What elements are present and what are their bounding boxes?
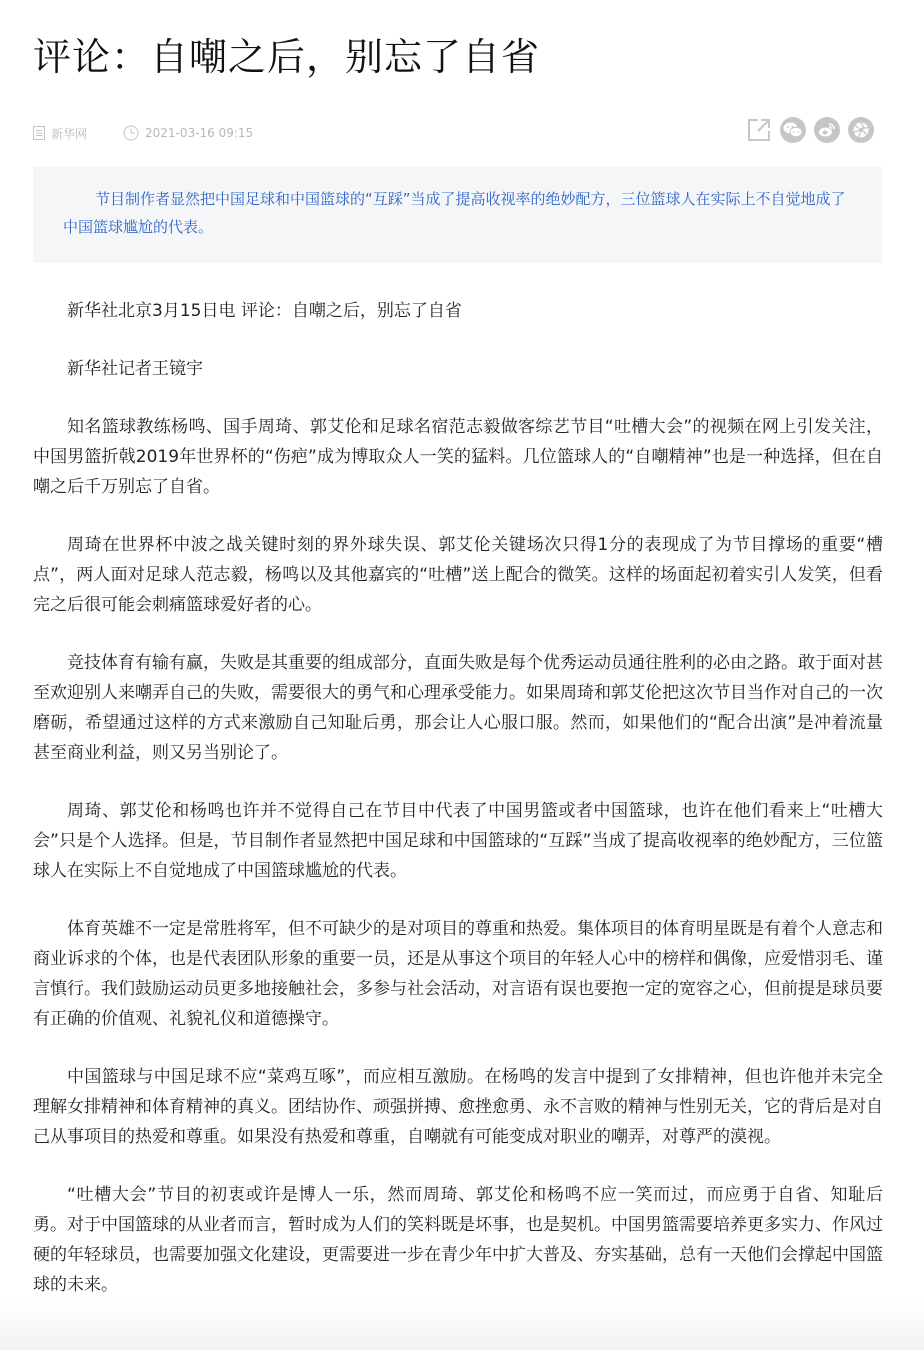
- article-title: 评论：自嘲之后，别忘了自省: [33, 30, 540, 84]
- article-meta: 新华网 2021-03-16 09:15: [33, 120, 289, 146]
- paragraph-dateline: 新华社北京3月15日电 评论：自嘲之后，别忘了自省: [33, 296, 883, 326]
- share-toolbar: [746, 116, 882, 144]
- paragraph: 体育英雄不一定是常胜将军，但不可缺少的是对项目的尊重和热爱。集体项目的体育明星既…: [33, 914, 883, 1034]
- clock-icon: [123, 125, 139, 141]
- moments-aperture-icon: [852, 121, 870, 139]
- article-body: 新华社北京3月15日电 评论：自嘲之后，别忘了自省 新华社记者王镜宇 知名篮球教…: [33, 296, 883, 1328]
- document-icon: [33, 126, 45, 140]
- article-page: 评论：自嘲之后，别忘了自省 新华网 2021-03-16 09:15: [0, 0, 924, 1350]
- share-external-button[interactable]: [746, 117, 772, 143]
- share-weibo-button[interactable]: [814, 117, 840, 143]
- source-name: 新华网: [51, 125, 87, 142]
- weibo-icon: [818, 122, 836, 138]
- source-info: 新华网: [33, 125, 87, 142]
- publish-datetime: 2021-03-16 09:15: [145, 126, 253, 140]
- paragraph: 竞技体育有输有赢，失败是其重要的组成部分，直面失败是每个优秀运动员通往胜利的必由…: [33, 648, 883, 768]
- wechat-icon: [783, 122, 803, 138]
- paragraph: 周琦在世界杯中波之战关键时刻的界外球失误、郭艾伦关键场次只得1分的表现成了为节目…: [33, 530, 883, 620]
- article-summary: 节目制作者显然把中国足球和中国篮球的“互踩”当成了提高收视率的绝妙配方，三位篮球…: [33, 167, 882, 263]
- paragraph-byline: 新华社记者王镜宇: [33, 354, 883, 384]
- share-wechat-button[interactable]: [780, 117, 806, 143]
- paragraph: 周琦、郭艾伦和杨鸣也许并不觉得自己在节目中代表了中国男篮或者中国篮球，也许在他们…: [33, 796, 883, 886]
- external-link-icon: [747, 118, 771, 142]
- share-moments-button[interactable]: [848, 117, 874, 143]
- paragraph: 知名篮球教练杨鸣、国手周琦、郭艾伦和足球名宿范志毅做客综艺节目“吐槽大会”的视频…: [33, 412, 883, 502]
- datetime-info: 2021-03-16 09:15: [123, 125, 253, 141]
- paragraph: “吐槽大会”节目的初衷或许是博人一乐，然而周琦、郭艾伦和杨鸣不应一笑而过，而应勇…: [33, 1180, 883, 1300]
- paragraph: 中国篮球与中国足球不应“菜鸡互啄”，而应相互激励。在杨鸣的发言中提到了女排精神，…: [33, 1062, 883, 1152]
